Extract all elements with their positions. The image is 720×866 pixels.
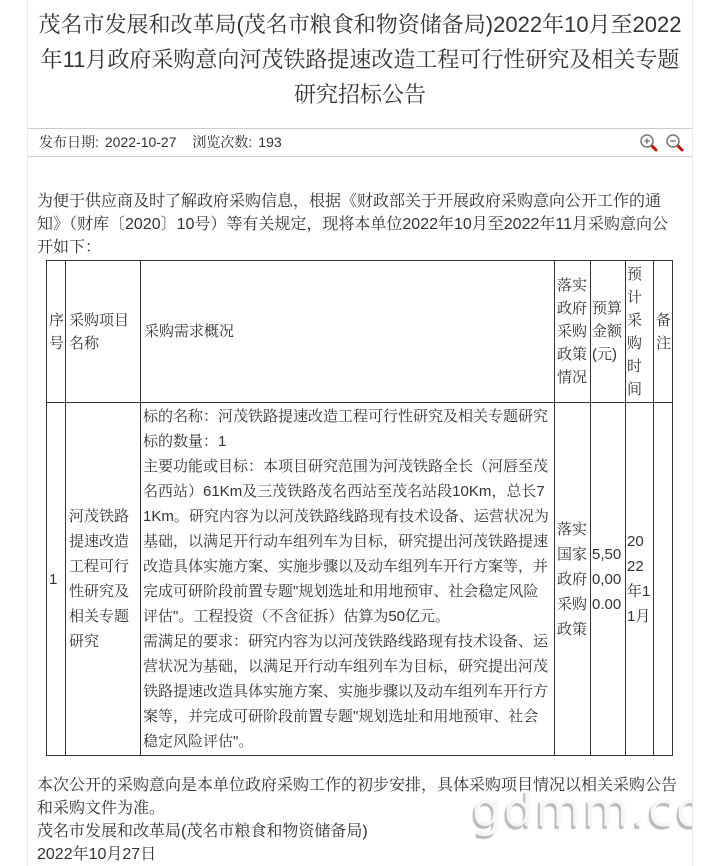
views-label: 浏览次数: (192, 134, 252, 150)
col-header-seq: 序号 (47, 261, 66, 403)
table-header-row: 序号 采购项目名称 采购需求概况 落实政府采购政策情况 预算金额(元) 预计采购… (47, 261, 673, 403)
meta-bar: 发布日期:2022-10-27 浏览次数:193 (28, 128, 692, 157)
cell-overview: 标的名称：河茂铁路提速改造工程可行性研究及相关专题研究 标的数量：1 主要功能或… (141, 403, 555, 756)
zoom-in-icon (639, 133, 658, 152)
cell-project-name: 河茂铁路提速改造工程可行性研究及相关专题研究 (66, 403, 141, 756)
footer-note: 本次公开的采购意向是本单位政府采购工作的初步安排，具体采购项目情况以相关采购公告… (37, 774, 682, 820)
col-header-project-name: 采购项目名称 (66, 261, 141, 403)
cell-policy: 落实国家政府采购政策 (555, 403, 591, 756)
overview-requirements: 需满足的要求：研究内容为以河茂铁路线路现有技术设备、运营状况为基础，以满足开行动… (143, 629, 552, 754)
col-header-time: 预计采购时间 (626, 261, 654, 403)
zoom-out-button[interactable] (665, 133, 684, 152)
views-value: 193 (258, 134, 281, 150)
overview-subject-name: 标的名称：河茂铁路提速改造工程可行性研究及相关专题研究 (143, 404, 552, 429)
publish-date-value: 2022-10-27 (105, 134, 177, 150)
col-header-policy: 落实政府采购政策情况 (555, 261, 591, 403)
cell-expected-time: 2022年11月 (626, 403, 654, 756)
publish-date-label: 发布日期: (39, 134, 99, 150)
cell-seq: 1 (47, 403, 66, 756)
page-title: 茂名市发展和改革局(茂名市粮食和物资储备局)2022年10月至2022年11月政… (28, 0, 692, 112)
zoom-in-button[interactable] (639, 133, 658, 152)
cell-remark (654, 403, 673, 756)
meta-info: 发布日期:2022-10-27 浏览次数:193 (39, 133, 288, 152)
zoom-out-icon (665, 133, 684, 152)
col-header-budget: 预算金额(元) (591, 261, 626, 403)
agency-name: 茂名市发展和改革局(茂名市粮食和物资储备局) (37, 820, 682, 843)
cell-budget: 5,500,000.00 (591, 403, 626, 756)
table-row: 1 河茂铁路提速改造工程可行性研究及相关专题研究 标的名称：河茂铁路提速改造工程… (47, 403, 673, 756)
intro-paragraph: 为便于供应商及时了解政府采购信息，根据《财政部关于开展政府采购意向公开工作的通知… (37, 190, 669, 259)
procurement-intention-table: 序号 采购项目名称 采购需求概况 落实政府采购政策情况 预算金额(元) 预计采购… (46, 260, 673, 756)
overview-main-goal: 主要功能或目标：本项目研究范围为河茂铁路全长（河唇至茂名西站）61Km及三茂铁路… (143, 454, 552, 629)
footer-date: 2022年10月27日 (37, 843, 682, 866)
overview-subject-qty: 标的数量：1 (143, 429, 552, 454)
font-zoom-controls (639, 133, 684, 152)
col-header-overview: 采购需求概况 (141, 261, 555, 403)
col-header-remark: 备注 (654, 261, 673, 403)
page-content: 茂名市发展和改革局(茂名市粮食和物资储备局)2022年10月至2022年11月政… (27, 0, 693, 866)
